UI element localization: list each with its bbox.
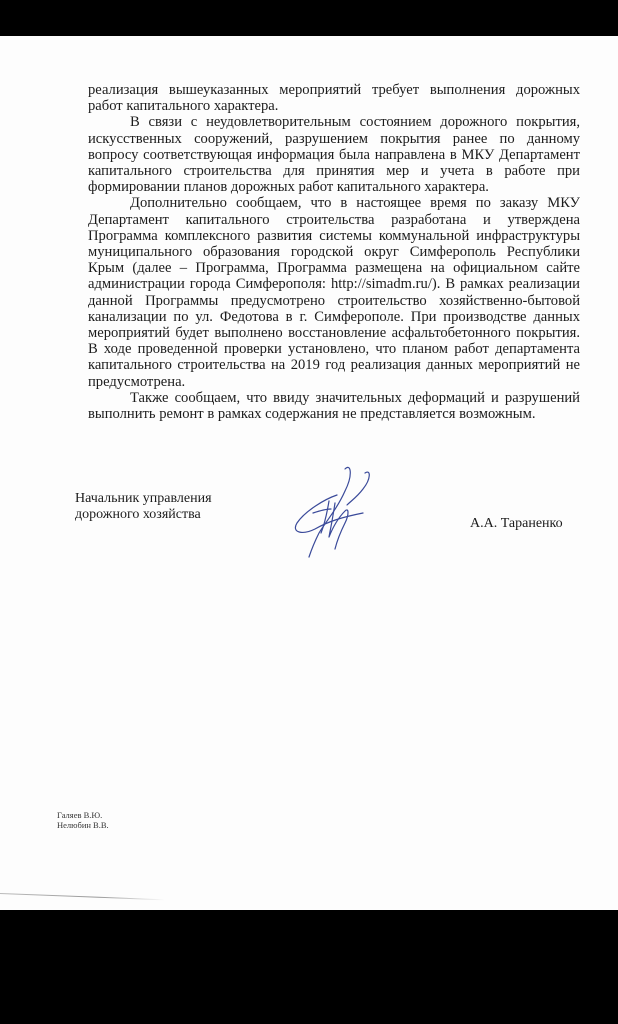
executor-2: Нелюбин В.В.	[57, 820, 109, 830]
position-line-1: Начальник управления	[75, 491, 212, 507]
paragraph-2: В связи с неудовлетворительным состояние…	[88, 114, 580, 195]
executors-list: Галяев В.Ю. Нелюбин В.В.	[57, 810, 109, 830]
position-line-2: дорожного хозяйства	[75, 507, 212, 523]
top-black-bar	[0, 0, 618, 36]
signatory-position: Начальник управления дорожного хозяйства	[75, 491, 212, 523]
handwritten-signature-icon	[285, 461, 395, 561]
signatory-name: А.А. Тараненко	[470, 516, 563, 532]
paragraph-4: Также сообщаем, что ввиду значительных д…	[88, 390, 580, 422]
scan-artifact-line	[0, 893, 165, 900]
executor-1: Галяев В.Ю.	[57, 810, 109, 820]
bottom-black-bar	[0, 910, 618, 1024]
paragraph-3: Дополнительно сообщаем, что в настоящее …	[88, 195, 580, 389]
letter-body: реализация вышеуказанных мероприятий тре…	[88, 82, 580, 422]
document-page: реализация вышеуказанных мероприятий тре…	[0, 36, 618, 910]
paragraph-1: реализация вышеуказанных мероприятий тре…	[88, 82, 580, 114]
